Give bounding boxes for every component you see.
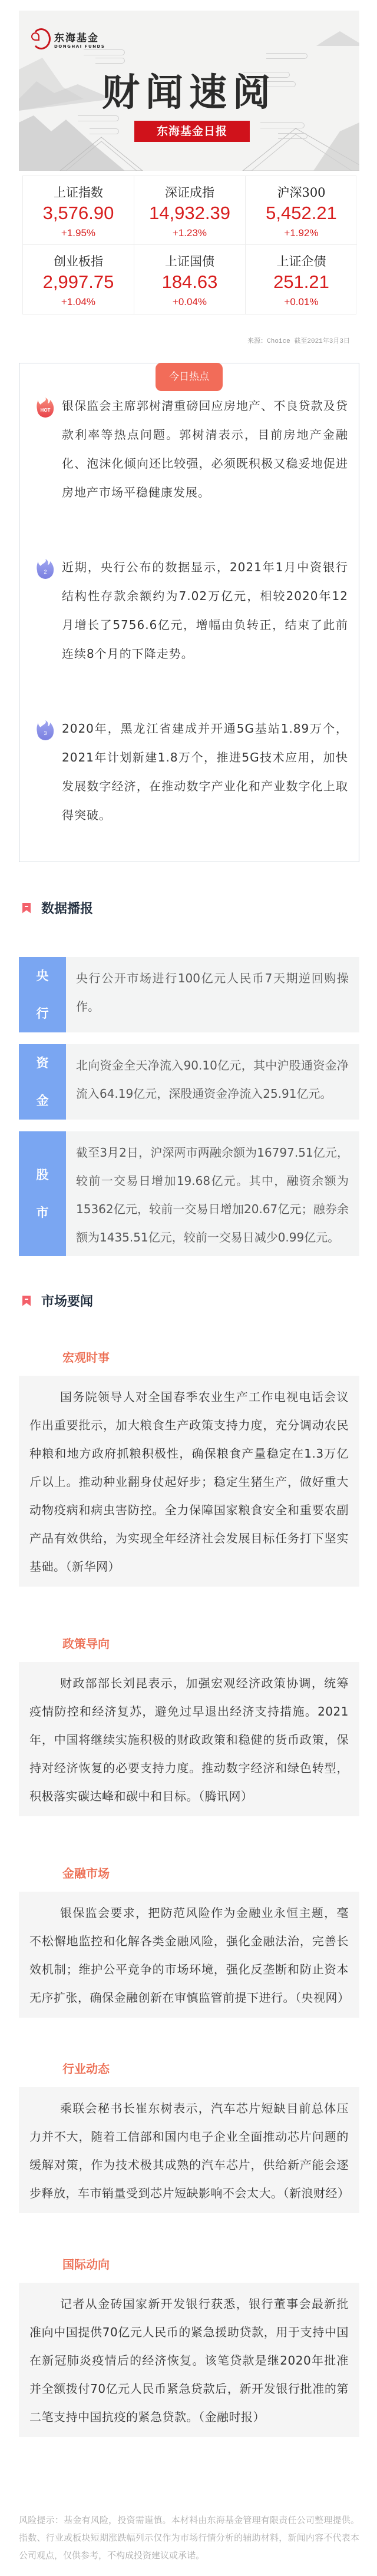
data-row: 央 行 央行公开市场进行100亿元人民币7天期逆回购操作。	[19, 957, 359, 1032]
svg-text:2: 2	[44, 569, 47, 575]
data-row: 股 市 截至3月2日，沪深两市两融余额为16797.51亿元，较前一交易日增加1…	[19, 1131, 359, 1256]
index-card: 创业板指 2,997.75 +1.04%	[23, 245, 134, 314]
news-body: 国务院领导人对全国春季农业生产工作电视电话会议作出重要批示，加大粮食生产政策支持…	[19, 1376, 359, 1587]
banner-title: 财闻速阅	[19, 62, 359, 117]
tag-char: 市	[37, 1194, 49, 1231]
data-broadcast-list: 央 行 央行公开市场进行100亿元人民币7天期逆回购操作。 资 金 北向资金全天…	[19, 957, 359, 1256]
bookmark-icon	[22, 903, 31, 913]
index-name: 沪深300	[246, 184, 357, 201]
index-card: 上证指数 3,576.90 +1.95%	[23, 176, 134, 245]
tag-char: 金	[37, 1082, 49, 1120]
index-value: 14,932.39	[134, 201, 245, 226]
index-change: +1.95%	[23, 226, 134, 241]
bookmark-icon	[22, 1296, 31, 1306]
hot-topics-label: 今日热点	[156, 363, 223, 391]
news-block: 金融市场 银保监会要求，把防范风险作为金融业永恒主题，毫不松懈地监控和化解各类金…	[19, 1855, 359, 2018]
index-value: 184.63	[134, 270, 245, 294]
banner-subtitle: 东海基金日报	[134, 121, 250, 142]
index-card: 深证成指 14,932.39 +1.23%	[134, 176, 246, 245]
news-block: 政策导向 财政部部长刘昆表示，加强宏观经济政策协调，统筹疫情防控和经济复苏，避免…	[19, 1625, 359, 1816]
index-card: 上证企债 251.21 +0.01%	[246, 245, 357, 314]
dragon-logo-icon	[32, 28, 51, 49]
news-category-title: 国际动向	[19, 2246, 359, 2283]
index-change: +0.01%	[246, 294, 357, 310]
data-row-text: 央行公开市场进行100亿元人民币7天期逆回购操作。	[66, 957, 359, 1032]
news-section-header: 市场要闻	[19, 1292, 358, 1310]
section-title: 数据播报	[41, 899, 93, 917]
tag-char: 央	[37, 957, 49, 995]
data-row: 资 金 北向资金全天净流入90.10亿元，其中沪股通资金净流入64.19亿元，深…	[19, 1044, 359, 1120]
data-row-tag: 央 行	[19, 957, 66, 1032]
data-source-note: 来源：Choice 截至2021年3月3日	[0, 336, 350, 345]
news-block: 行业动态 乘联会秘书长崔东树表示，汽车芯片短缺目前总体压力并不大，随着工信部和国…	[19, 2051, 359, 2213]
news-block: 国际动向 记者从金砖国家新开发银行获悉，银行董事会最新批准向中国提供70亿元人民…	[19, 2246, 359, 2437]
flame-number-icon: 3	[36, 719, 55, 740]
news-category-title: 宏观时事	[19, 1339, 359, 1376]
index-name: 创业板指	[23, 253, 134, 270]
index-change: +0.04%	[134, 294, 245, 310]
tag-char: 行	[37, 995, 49, 1032]
index-value: 3,576.90	[23, 201, 134, 226]
index-change: +1.23%	[134, 226, 245, 241]
hot-item: HOT 银保监会主席郭树清重磅回应房地产、不良贷款及贷款利率等热点问题。郭树清表…	[36, 392, 348, 507]
tag-char: 资	[37, 1044, 49, 1082]
logo-english-name: DONGHAI FUNDS	[54, 44, 105, 49]
hot-item-text: 2020年，黑龙江省建成并开通5G基站1.89万个，2021年计划新建1.8万个…	[62, 714, 348, 830]
data-row-text: 截至3月2日，沪深两市两融余额为16797.51亿元，较前一交易日增加19.68…	[66, 1131, 359, 1256]
news-body: 乘联会秘书长崔东树表示，汽车芯片短缺目前总体压力并不大，随着工信部和国内电子企业…	[19, 2087, 359, 2213]
page: 东海基金 DONGHAI FUNDS 财闻速阅 东海基金日报 上证指数 3,57…	[0, 11, 377, 2576]
index-name: 上证指数	[23, 184, 134, 201]
index-name: 上证企债	[246, 253, 357, 270]
news-body: 财政部部长刘昆表示，加强宏观经济政策协调，统筹疫情防控和经济复苏，避免过早退出经…	[19, 1662, 359, 1816]
index-value: 5,452.21	[246, 201, 357, 226]
hot-item-text: 近期，央行公布的数据显示，2021年1月中资银行结构性存款余额约为7.02万亿元…	[62, 553, 348, 668]
news-category-title: 行业动态	[19, 2051, 359, 2087]
hot-item-text: 银保监会主席郭树清重磅回应房地产、不良贷款及贷款利率等热点问题。郭树清表示，目前…	[62, 392, 348, 507]
index-name: 深证成指	[134, 184, 245, 201]
index-name: 上证国债	[134, 253, 245, 270]
hot-topics-section: 今日热点 HOT 银保监会主席郭树清重磅回应房地产、不良贷款及贷款利率等热点问题…	[19, 363, 359, 862]
brand-logo: 东海基金 DONGHAI FUNDS	[32, 28, 105, 49]
index-value: 251.21	[246, 270, 357, 294]
header-banner: 东海基金 DONGHAI FUNDS 财闻速阅 东海基金日报	[19, 11, 359, 171]
section-title: 市场要闻	[41, 1292, 93, 1310]
news-body: 银保监会要求，把防范风险作为金融业永恒主题，毫不松懈地监控和化解各类金融风险，强…	[19, 1892, 359, 2018]
flame-number-icon: 2	[36, 558, 55, 579]
tag-char: 股	[37, 1156, 49, 1194]
index-card: 上证国债 184.63 +0.04%	[134, 245, 246, 314]
index-card: 沪深300 5,452.21 +1.92%	[246, 176, 357, 245]
svg-text:HOT: HOT	[41, 408, 51, 413]
hot-flame-icon: HOT	[36, 396, 55, 418]
risk-disclaimer: 风险提示：基金有风险，投资需谨慎。本材料由东海基金管理有限责任公司整理提供。指数…	[19, 2511, 359, 2564]
news-category-title: 金融市场	[19, 1855, 359, 1892]
data-section-header: 数据播报	[19, 899, 358, 917]
index-value: 2,997.75	[23, 270, 134, 294]
hot-item: 2 近期，央行公布的数据显示，2021年1月中资银行结构性存款余额约为7.02万…	[36, 553, 348, 668]
market-index-grid: 上证指数 3,576.90 +1.95% 深证成指 14,932.39 +1.2…	[22, 176, 356, 314]
hot-topics-box: HOT 银保监会主席郭树清重磅回应房地产、不良贷款及贷款利率等热点问题。郭树清表…	[19, 363, 359, 862]
logo-chinese-name: 东海基金	[54, 29, 105, 44]
index-change: +1.04%	[23, 294, 134, 310]
data-row-tag: 资 金	[19, 1044, 66, 1120]
news-category-title: 政策导向	[19, 1625, 359, 1662]
news-block: 宏观时事 国务院领导人对全国春季农业生产工作电视电话会议作出重要批示，加大粮食生…	[19, 1339, 359, 1587]
news-body: 记者从金砖国家新开发银行获悉，银行董事会最新批准向中国提供70亿元人民币的紧急援…	[19, 2283, 359, 2437]
hot-item: 3 2020年，黑龙江省建成并开通5G基站1.89万个，2021年计划新建1.8…	[36, 714, 348, 830]
data-row-text: 北向资金全天净流入90.10亿元，其中沪股通资金净流入64.19亿元，深股通资金…	[66, 1044, 359, 1120]
data-row-tag: 股 市	[19, 1131, 66, 1256]
index-change: +1.92%	[246, 226, 357, 241]
svg-text:3: 3	[44, 730, 47, 736]
